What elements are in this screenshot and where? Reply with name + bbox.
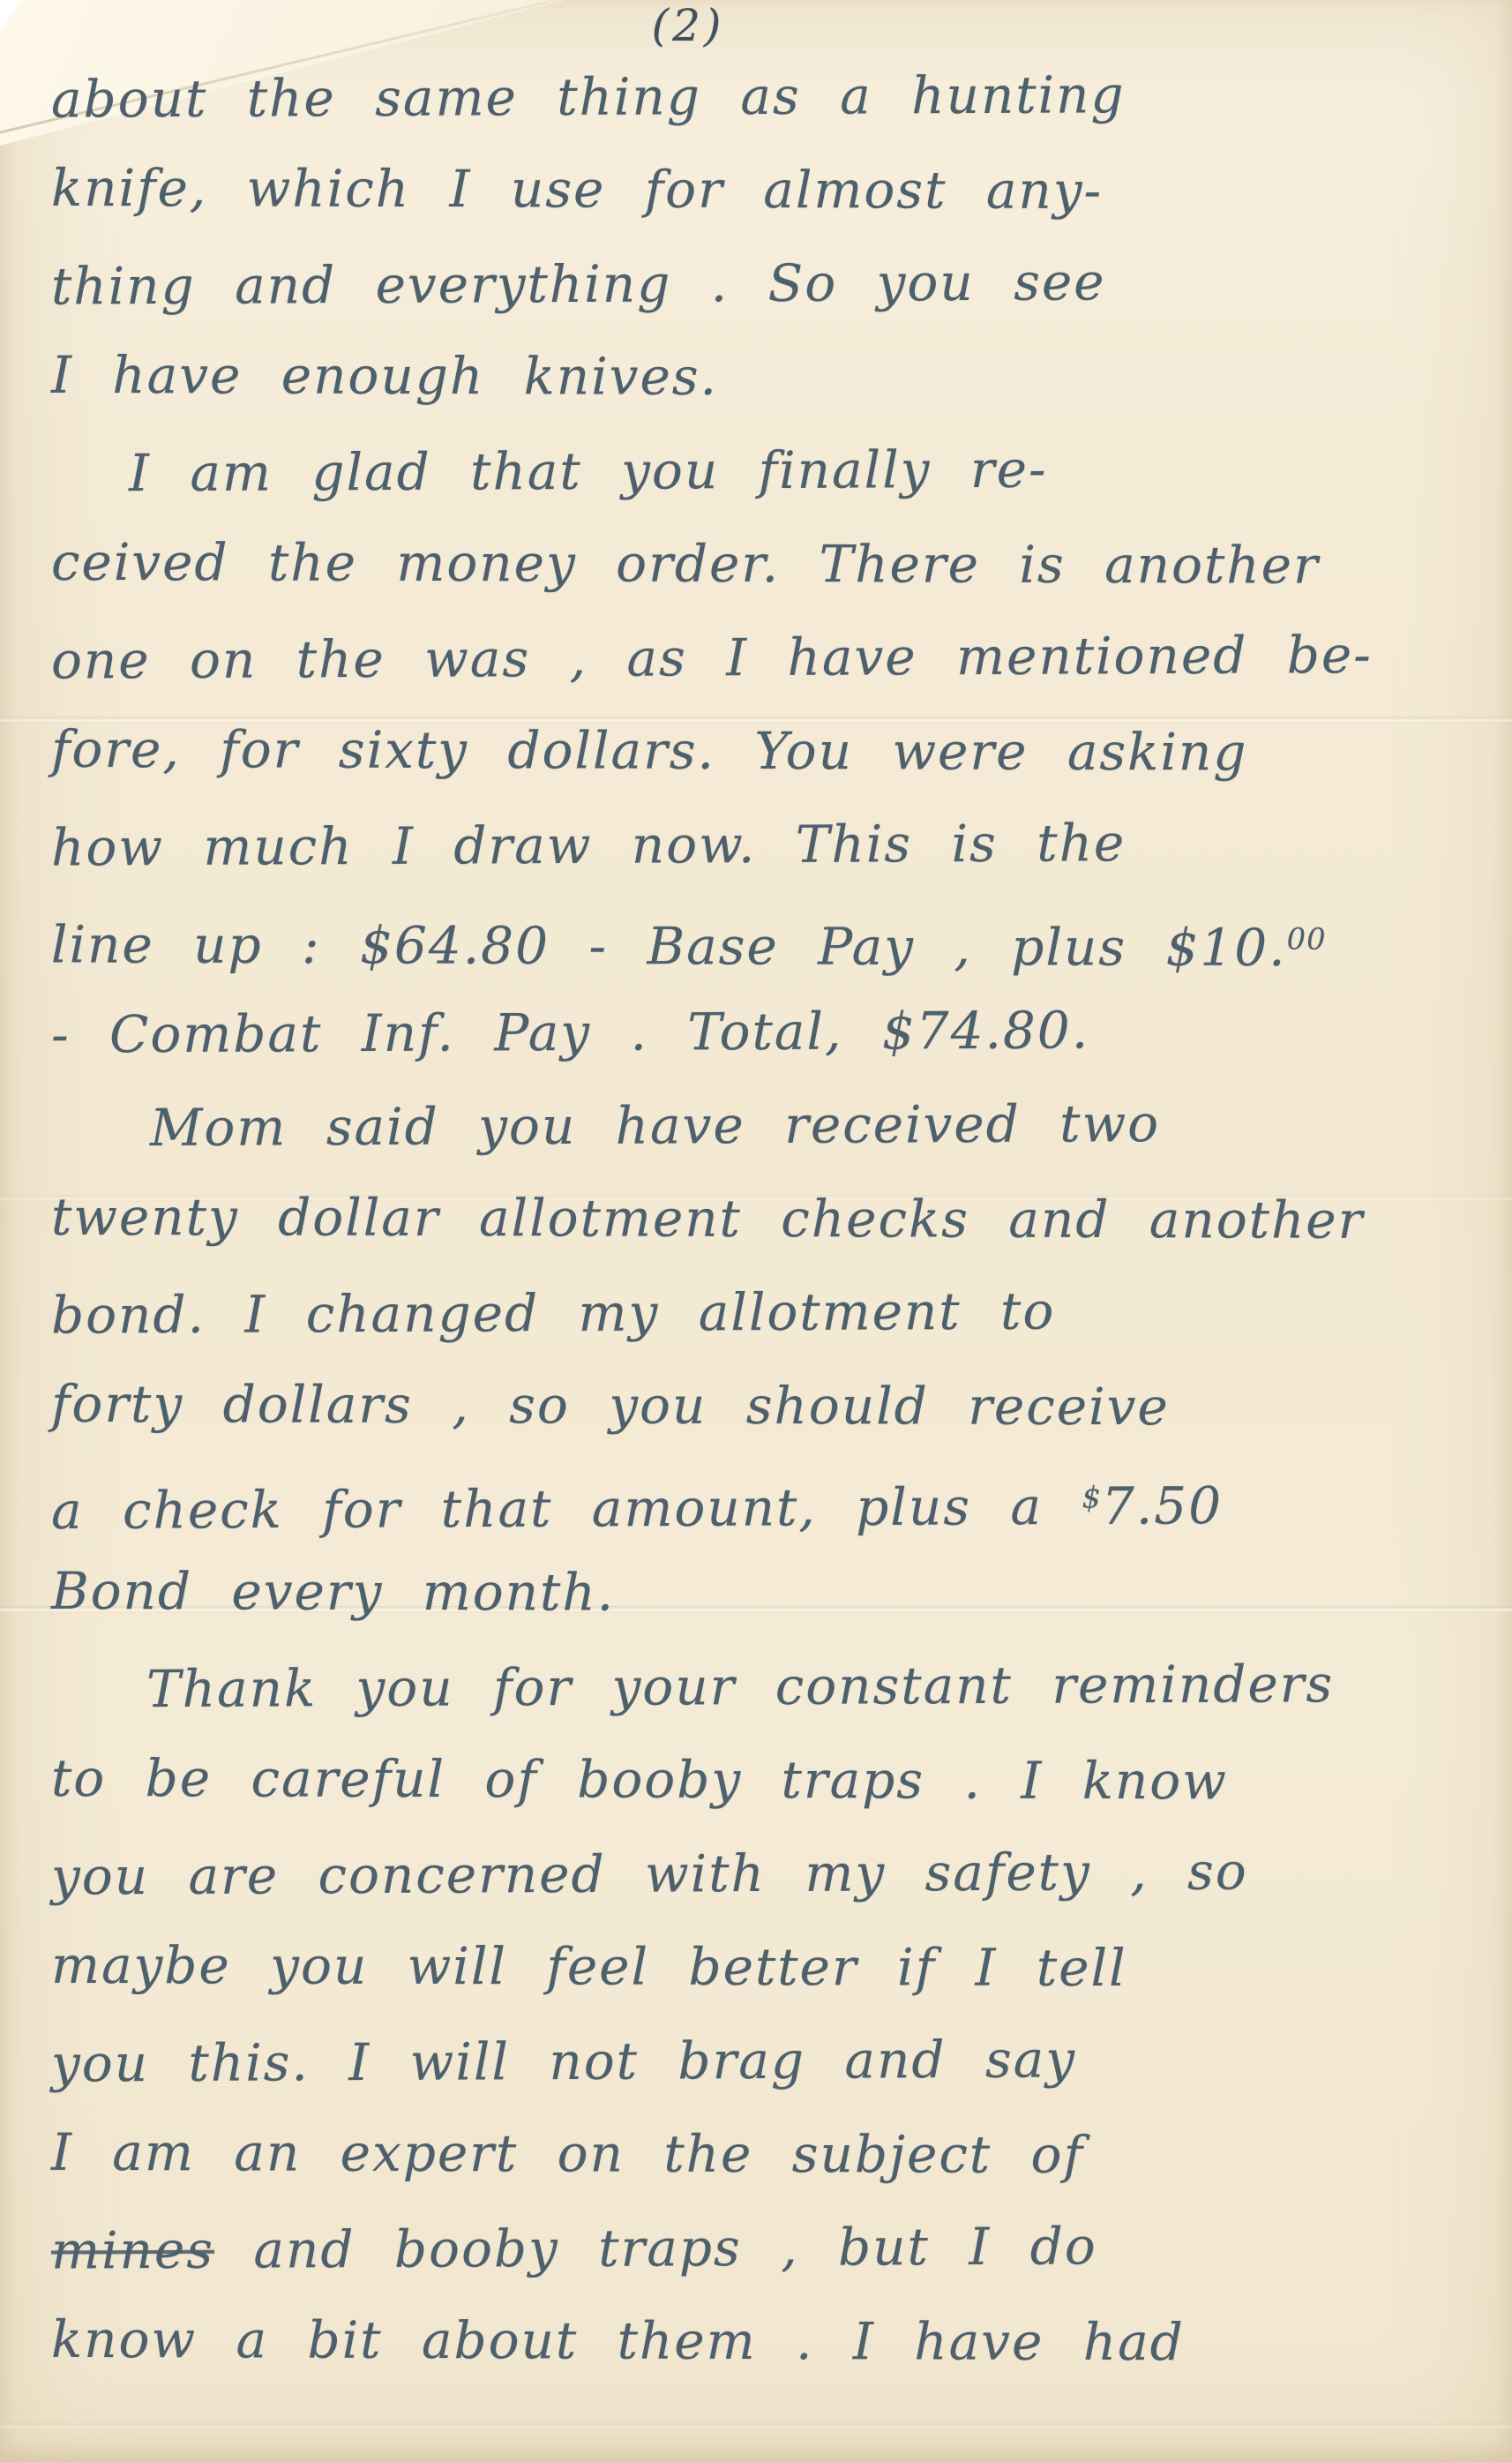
handwritten-line: thing and everything . So you see (51, 233, 1486, 333)
text-segment: forty dollars , so you should receive (51, 1374, 1170, 1437)
text-segment: to be careful of booby traps . I know (51, 1748, 1228, 1811)
paragraph: I am glad that you finally re-ceived the… (51, 424, 1486, 1078)
handwritten-line: forty dollars , so you should receive (51, 1357, 1486, 1454)
text-segment: know a bit about them . I have had (51, 2309, 1185, 2372)
text-segment: $ (1082, 1480, 1102, 1514)
handwritten-line: Thank you for your constant reminders (51, 1636, 1486, 1736)
handwritten-line: know a bit about them . I have had (51, 2293, 1486, 2390)
text-segment: bond. I changed my allotment to (51, 1281, 1056, 1346)
scanned-letter-page: (2) about the same thing as a huntingkni… (0, 0, 1512, 2462)
paragraph: Thank you for your constant remindersto … (51, 1640, 1486, 2388)
handwritten-line: a check for that amount, plus a $7.50 (51, 1449, 1486, 1549)
text-segment: twenty dollar allotment checks and anoth… (51, 1187, 1365, 1250)
handwritten-line: to be careful of booby traps . I know (51, 1731, 1486, 1828)
text-segment: I am glad that you finally re- (129, 439, 1048, 504)
text-segment: - Combat Inf. Pay . Total, $74.80. (51, 1000, 1089, 1064)
text-segment: a check for that amount, plus a (51, 1476, 1082, 1541)
handwritten-line: - Combat Inf. Pay . Total, $74.80. (51, 981, 1486, 1081)
text-segment: you this. I will not brag and say (51, 2029, 1076, 2093)
text-segment: Thank you for your constant reminders (146, 1654, 1334, 1719)
text-segment: I have enough knives. (51, 345, 718, 407)
text-segment: how much I draw now. This is the (51, 813, 1127, 877)
handwritten-line: about the same thing as a hunting (51, 46, 1486, 146)
handwritten-line: mines and booby traps , but I do (51, 2197, 1486, 2297)
text-segment: thing and everything . So you see (51, 251, 1106, 316)
text-segment: line up : $64.80 - Base Pay , plus $10. (51, 914, 1287, 978)
handwritten-line: I am an expert on the subject of (51, 2105, 1486, 2203)
handwritten-line: I am glad that you finally re- (51, 420, 1486, 520)
text-segment: you are concerned with my safety , so (51, 1842, 1248, 1907)
text-segment: about the same thing as a hunting (51, 64, 1126, 129)
handwritten-line: you this. I will not brag and say (51, 2010, 1486, 2110)
text-segment: knife, which I use for almost any- (51, 158, 1103, 221)
handwritten-line: Bond every month. (51, 1544, 1486, 1641)
letter-body: about the same thing as a huntingknife, … (51, 49, 1486, 2388)
handwritten-line: Mom said you have received two (51, 1075, 1486, 1175)
text-segment: 7.50 (1102, 1475, 1223, 1536)
text-segment: Bond every month. (51, 1561, 615, 1623)
handwritten-line: bond. I changed my allotment to (51, 1262, 1486, 1362)
handwritten-line: line up : $64.80 - Base Pay , plus $10.0… (51, 889, 1486, 987)
handwritten-line: maybe you will feel better if I tell (51, 1918, 1486, 2015)
text-segment: fore, for sixty dollars. You were asking (51, 719, 1248, 783)
text-segment: I am an expert on the subject of (51, 2122, 1084, 2185)
text-segment: one on the was , as I have mentioned be- (51, 625, 1373, 691)
handwritten-line: you are concerned with my safety , so (51, 1823, 1486, 1923)
handwritten-line: knife, which I use for almost any- (51, 141, 1486, 238)
handwritten-line: how much I draw now. This is the (51, 794, 1486, 894)
paragraph: Mom said you have received twotwenty dol… (51, 1078, 1486, 1640)
paragraph: about the same thing as a huntingknife, … (51, 49, 1486, 424)
text-segment: maybe you will feel better if I tell (51, 1935, 1127, 1998)
handwritten-line: twenty dollar allotment checks and anoth… (51, 1170, 1486, 1267)
text-segment: 00 (1287, 922, 1327, 957)
struck-word: mines (51, 2220, 214, 2281)
text-segment: ceived the money order. There is another (51, 532, 1320, 596)
handwritten-line: fore, for sixty dollars. You were asking (51, 702, 1486, 799)
page-number: (2) (618, 0, 759, 51)
handwritten-line: ceived the money order. There is another (51, 515, 1486, 612)
fold-crease (0, 2423, 1512, 2430)
handwritten-line: I have enough knives. (51, 328, 1486, 425)
text-segment: and booby traps , but I do (214, 2216, 1097, 2279)
handwritten-line: one on the was , as I have mentioned be- (51, 607, 1486, 707)
text-segment: Mom said you have received two (150, 1093, 1160, 1158)
